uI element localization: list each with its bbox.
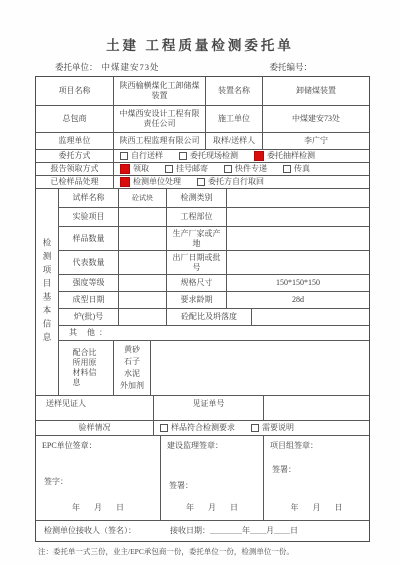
option-label: 传真 bbox=[294, 164, 310, 174]
commission-form-table: 项目名称 陕西榆横煤化工卸储煤装置 装置名称 卸储煤装置 总包商 中煤西安设计工… bbox=[35, 76, 370, 542]
batch-no-value bbox=[119, 309, 167, 325]
project-name-value: 陕西榆横煤化工卸储煤装置 bbox=[114, 77, 206, 105]
option-fax: 传真 bbox=[283, 164, 310, 174]
option-onsite-test: 委托现场检测 bbox=[179, 151, 238, 161]
row-commission-method: 委托方式 自行送样 委托现场检测 委托抽样检测 bbox=[36, 150, 369, 163]
mix-ratio-label: 砼配比及坍落度 bbox=[167, 309, 252, 325]
commission-method-label: 委托方式 bbox=[36, 150, 114, 162]
row-represent-qty: 代表数量 出厂日期或批号 bbox=[59, 251, 369, 275]
sample-qty-value bbox=[119, 227, 167, 250]
option-express: 快件专递 bbox=[224, 164, 267, 174]
epc-sign-label: 签字： bbox=[44, 477, 68, 487]
client-unit-value: 中煤建安73处 bbox=[102, 61, 160, 73]
detail-section: 检测项目基本信息 试样名称 砼试块 检测类别 实验项目 工程部位 样品数量 bbox=[36, 189, 369, 396]
manufacturer-label: 生产厂家或产地 bbox=[167, 227, 227, 250]
project-date-line: 年 月 日 bbox=[264, 503, 369, 513]
batch-no-label: 炉(批)号 bbox=[59, 309, 119, 325]
commission-method-options: 自行送样 委托现场检测 委托抽样检测 bbox=[114, 150, 369, 162]
work-position-value bbox=[227, 208, 369, 226]
materials-label: 配合比所用原材料信息 bbox=[59, 341, 114, 395]
option-label: 委托抽样检测 bbox=[267, 151, 315, 161]
option-registered-mail: 挂号邮寄 bbox=[165, 164, 208, 174]
construction-unit-value: 中煤建安73处 bbox=[263, 106, 369, 132]
supervision-signature-cell: 建设监理签章： 签署： 年 月 日 bbox=[161, 436, 264, 520]
receiver-cell: 检测单位接收人（签名）： 接收日期： ＿＿＿＿年＿＿月＿＿日 bbox=[36, 521, 369, 541]
option-self-delivery: 自行送样 bbox=[120, 151, 163, 161]
material-item: 石子 bbox=[124, 356, 140, 368]
other-label: 其 他： bbox=[59, 326, 369, 340]
receive-date-blank: ＿＿＿＿年＿＿月＿＿日 bbox=[210, 526, 298, 536]
checkbox-icon bbox=[120, 152, 128, 160]
checkbox-icon bbox=[120, 164, 130, 174]
checkbox-icon bbox=[120, 177, 130, 187]
row-report-delivery: 报告领取方式 领取 挂号邮寄 快件专递 传真 bbox=[36, 163, 369, 176]
row-other: 其 他： bbox=[59, 326, 369, 341]
test-item-label: 实验项目 bbox=[59, 208, 119, 226]
form-meta: 委托单位： 中煤建安73处 委托编号： bbox=[35, 61, 370, 73]
row-sample-disposal: 已检样品处理 检测单位处理 委托方自行取回 bbox=[36, 176, 369, 189]
work-position-label: 工程部位 bbox=[167, 208, 227, 226]
device-name-value: 卸储煤装置 bbox=[263, 77, 369, 105]
checkbox-icon bbox=[251, 424, 259, 432]
row-receiver: 检测单位接收人（签名）： 接收日期： ＿＿＿＿年＿＿月＿＿日 bbox=[36, 521, 369, 541]
test-item-value bbox=[119, 208, 167, 226]
checkbox-icon bbox=[197, 178, 205, 186]
materials-label-text: 配合比所用原材料信息 bbox=[73, 348, 100, 388]
checkbox-icon bbox=[165, 165, 173, 173]
mix-ratio-value bbox=[252, 309, 369, 325]
epc-seal-label: EPC单位签章： bbox=[42, 441, 97, 451]
materials-list: 黄砂 石子 水泥 外加剂 bbox=[114, 341, 151, 395]
row-contractor: 总包商 中煤西安设计工程有限责任公司 施工单位 中煤建安73处 bbox=[36, 106, 369, 133]
factory-date-label: 出厂日期或批号 bbox=[167, 251, 227, 274]
test-category-value bbox=[227, 189, 369, 207]
row-signatures: EPC单位签章： 签字： 年 月 日 建设监理签章： 签署： 年 月 日 项目组… bbox=[36, 436, 369, 521]
supervision-sign-label: 签署： bbox=[169, 481, 193, 491]
checkbox-icon bbox=[254, 151, 264, 161]
row-inspection-status: 验样情况 样品符合检测要求 需要说明 bbox=[36, 421, 369, 436]
option-label: 需要说明 bbox=[262, 423, 294, 433]
option-label: 检测单位处理 bbox=[133, 177, 181, 187]
option-label: 领取 bbox=[133, 164, 149, 174]
checkbox-icon bbox=[224, 165, 232, 173]
report-delivery-label: 报告领取方式 bbox=[36, 163, 114, 175]
checkbox-icon bbox=[179, 152, 187, 160]
option-label: 委托方自行取回 bbox=[208, 177, 264, 187]
option-label: 委托现场检测 bbox=[190, 151, 238, 161]
material-item: 外加剂 bbox=[120, 380, 144, 392]
material-item: 黄砂 bbox=[124, 344, 140, 356]
general-contractor-value: 中煤西安设计工程有限责任公司 bbox=[114, 106, 206, 132]
row-sample-name: 试样名称 砼试块 检测类别 bbox=[59, 189, 369, 208]
material-item: 水泥 bbox=[124, 368, 140, 380]
witness-no-label: 见证单号 bbox=[154, 396, 264, 420]
receive-date-label: 接收日期： bbox=[170, 526, 210, 536]
represent-qty-value bbox=[119, 251, 167, 274]
represent-qty-label: 代表数量 bbox=[59, 251, 119, 274]
project-sign-label: 签署： bbox=[272, 465, 296, 475]
sample-name-value: 砼试块 bbox=[119, 189, 167, 207]
option-sampling-test: 委托抽样检测 bbox=[254, 151, 315, 161]
option-client-retrieve: 委托方自行取回 bbox=[197, 177, 264, 187]
row-supervisor: 监理单位 陕西工程监理有限公司 取样/送样人 李广宁 bbox=[36, 133, 369, 150]
checkbox-icon bbox=[160, 424, 168, 432]
option-label: 样品符合检测要求 bbox=[171, 423, 235, 433]
row-strength-grade: 强度等级 规格尺寸 150*150*150 bbox=[59, 275, 369, 292]
checkbox-icon bbox=[283, 165, 291, 173]
supervision-date-line: 年 月 日 bbox=[161, 503, 263, 513]
row-project: 项目名称 陕西榆横煤化工卸储煤装置 装置名称 卸储煤装置 bbox=[36, 77, 369, 106]
project-signature-cell: 项目组签章： 签署： 年 月 日 bbox=[264, 436, 369, 520]
supervision-unit-label: 监理单位 bbox=[36, 133, 114, 149]
row-witness: 送样见证人 见证单号 bbox=[36, 396, 369, 421]
test-category-label: 检测类别 bbox=[167, 189, 227, 207]
sampler-value: 李广宁 bbox=[263, 133, 369, 149]
construction-unit-label: 施工单位 bbox=[206, 106, 263, 132]
sample-name-label: 试样名称 bbox=[59, 189, 119, 207]
footnote: 注：委托单一式三份，业主/EPC承包商一份，委托单位一份，检测单位一份。 bbox=[38, 546, 400, 557]
required-age-label: 要求龄期 bbox=[167, 292, 227, 308]
sample-disposal-label: 已检样品处理 bbox=[36, 176, 114, 188]
spec-size-label: 规格尺寸 bbox=[167, 275, 227, 291]
detail-body: 试样名称 砼试块 检测类别 实验项目 工程部位 样品数量 生产厂家或产地 bbox=[59, 189, 369, 395]
sample-disposal-options: 检测单位处理 委托方自行取回 bbox=[114, 176, 369, 188]
sampler-label: 取样/送样人 bbox=[206, 133, 263, 149]
form-page: 土建 工程质量检测委托单 委托单位： 中煤建安73处 委托编号： 项目名称 陕西… bbox=[0, 0, 400, 565]
epc-signature-cell: EPC单位签章： 签字： 年 月 日 bbox=[36, 436, 161, 520]
molding-date-label: 成型日期 bbox=[59, 292, 119, 308]
row-materials: 配合比所用原材料信息 黄砂 石子 水泥 外加剂 bbox=[59, 341, 369, 395]
receiver-label: 检测单位接收人（签名）： bbox=[44, 526, 136, 536]
option-label: 快件专递 bbox=[235, 164, 267, 174]
row-sample-qty: 样品数量 生产厂家或产地 bbox=[59, 227, 369, 251]
detail-section-label-cell: 检测项目基本信息 bbox=[36, 189, 59, 395]
detail-section-label: 检测项目基本信息 bbox=[41, 238, 53, 346]
supervision-seal-label: 建设监理签章： bbox=[167, 441, 223, 451]
row-test-item: 实验项目 工程部位 bbox=[59, 208, 369, 227]
witness-sender-label: 送样见证人 bbox=[36, 396, 154, 420]
row-molding-date: 成型日期 要求龄期 28d bbox=[59, 292, 369, 309]
molding-date-value bbox=[119, 292, 167, 308]
form-title: 土建 工程质量检测委托单 bbox=[0, 0, 400, 54]
general-contractor-label: 总包商 bbox=[36, 106, 114, 132]
strength-grade-label: 强度等级 bbox=[59, 275, 119, 291]
manufacturer-value bbox=[227, 227, 369, 250]
inspection-status-label: 验样情况 bbox=[36, 421, 154, 435]
epc-date-line: 年 月 日 bbox=[36, 503, 160, 513]
project-name-label: 项目名称 bbox=[36, 77, 114, 105]
device-name-label: 装置名称 bbox=[206, 77, 263, 105]
ref-no-label: 委托编号： bbox=[269, 61, 312, 73]
option-needs-note: 需要说明 bbox=[251, 423, 294, 433]
sample-qty-label: 样品数量 bbox=[59, 227, 119, 250]
client-unit-label: 委托单位： bbox=[35, 61, 98, 73]
witness-no-value bbox=[264, 396, 369, 420]
strength-grade-value bbox=[119, 275, 167, 291]
supervision-unit-value: 陕西工程监理有限公司 bbox=[114, 133, 206, 149]
materials-blank-cell bbox=[151, 341, 369, 395]
required-age-value: 28d bbox=[227, 292, 369, 308]
option-label: 挂号邮寄 bbox=[176, 164, 208, 174]
option-lab-dispose: 检测单位处理 bbox=[120, 177, 181, 187]
report-delivery-options: 领取 挂号邮寄 快件专递 传真 bbox=[114, 163, 369, 175]
option-label: 自行送样 bbox=[131, 151, 163, 161]
option-pickup: 领取 bbox=[120, 164, 149, 174]
project-seal-label: 项目组签章： bbox=[270, 441, 318, 451]
inspection-status-options: 样品符合检测要求 需要说明 bbox=[154, 421, 369, 435]
row-batch-no: 炉(批)号 砼配比及坍落度 bbox=[59, 309, 369, 326]
factory-date-value bbox=[227, 251, 369, 274]
spec-size-value: 150*150*150 bbox=[227, 275, 369, 291]
option-sample-ok: 样品符合检测要求 bbox=[160, 423, 235, 433]
